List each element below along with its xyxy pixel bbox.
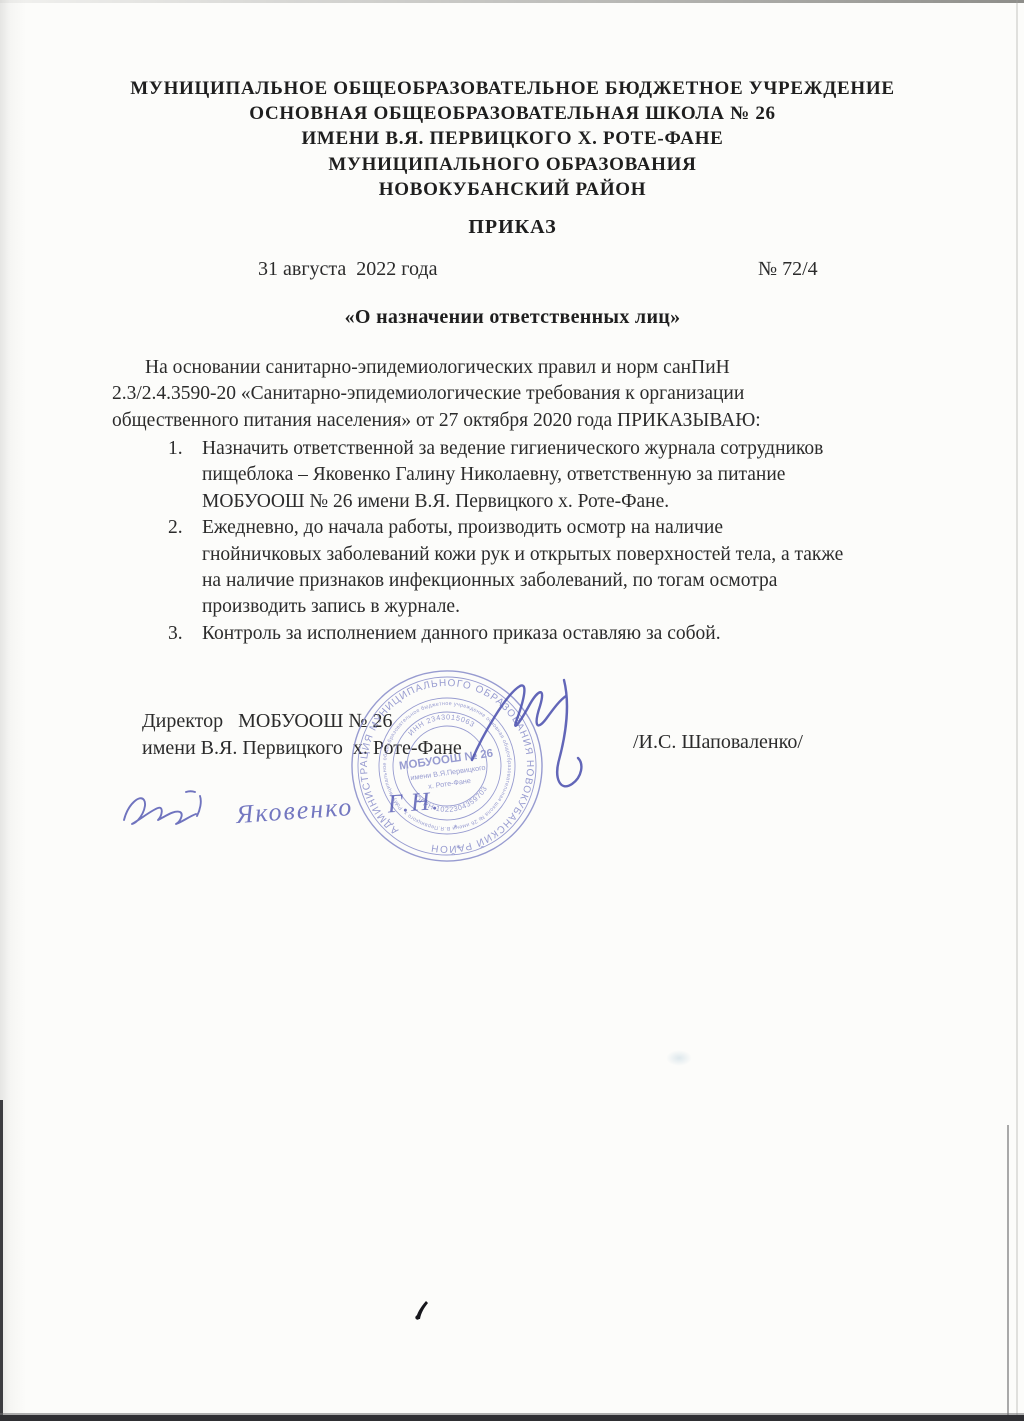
scan-edge-left-line — [0, 1100, 3, 1421]
item-number: 3. — [168, 621, 202, 647]
stamp-separator-star-outer: ✶ — [455, 843, 462, 852]
item-number: 1. — [168, 436, 202, 515]
director-signature-ink — [462, 664, 612, 799]
scan-edge-top — [0, 0, 1024, 3]
scan-smudge — [666, 1050, 692, 1066]
document-title: ПРИКАЗ — [90, 216, 935, 239]
order-item-3: 3. Контроль за исполнением данного прика… — [168, 621, 843, 647]
organization-name: МУНИЦИПАЛЬНОЕ ОБЩЕОБРАЗОВАТЕЛЬНОЕ БЮДЖЕТ… — [90, 76, 935, 202]
scan-edge-right-line — [1007, 1125, 1009, 1415]
order-item-2: 2. Ежедневно, до начала работы, производ… — [168, 515, 843, 621]
ink-blot — [413, 1300, 429, 1320]
scanned-order-document: МУНИЦИПАЛЬНОЕ ОБЩЕОБРАЗОВАТЕЛЬНОЕ БЮДЖЕТ… — [0, 0, 1024, 1421]
intro-paragraph: На основании санитарно-эпидемиологически… — [112, 355, 761, 434]
order-items-list: 1. Назначить ответственной за ведение ги… — [168, 436, 843, 647]
scan-edge-right-faint — [1016, 0, 1018, 1421]
scan-edge-left-shadow — [0, 0, 26, 1421]
item-text: Назначить ответственной за ведение гигие… — [202, 436, 823, 515]
document-number: № 72/4 — [758, 258, 818, 281]
item-text: Ежедневно, до начала работы, производить… — [202, 515, 843, 621]
item-number: 2. — [168, 515, 202, 621]
order-item-1: 1. Назначить ответственной за ведение ги… — [168, 436, 843, 515]
signer-name: /И.С. Шаповаленко/ — [633, 731, 803, 754]
stamp-separator-star-inner: ✶ — [453, 823, 459, 831]
handwritten-signature-squiggle — [116, 786, 226, 836]
document-date: 31 августа 2022 года — [258, 258, 437, 281]
document-subject: «О назначении ответственных лиц» — [90, 306, 935, 329]
scan-edge-bottom — [0, 1415, 1024, 1421]
item-text: Контроль за исполнением данного приказа … — [202, 621, 721, 647]
